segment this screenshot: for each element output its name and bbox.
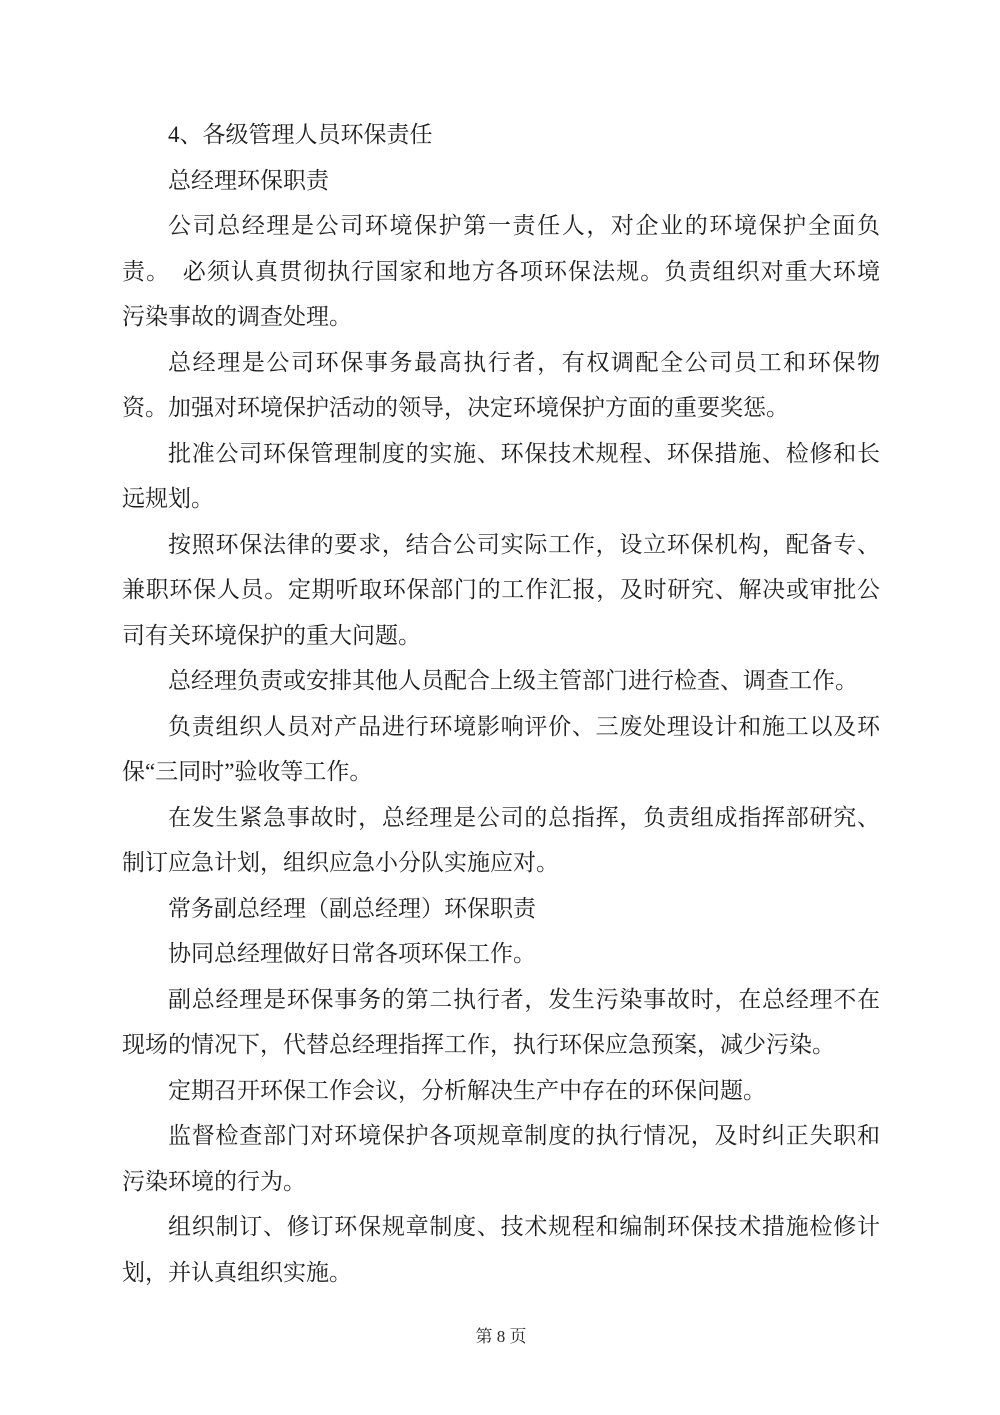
text-line: 副总经理是环保事务的第二执行者，发生污染事故时，在总经理不在 [122, 977, 880, 1023]
text-line: 保“三同时”验收等工作。 [122, 749, 880, 795]
subsection-heading: 总经理环保职责 [122, 158, 880, 204]
section-heading: 4、各级管理人员环保责任 [122, 112, 880, 158]
text-line: 批准公司环保管理制度的实施、环保技术规程、环保措施、检修和长 [122, 431, 880, 477]
text-line: 在发生紧急事故时，总经理是公司的总指挥，负责组成指挥部研究、 [122, 795, 880, 841]
text-line: 资。加强对环境保护活动的领导，决定环境保护方面的重要奖惩。 [122, 385, 880, 431]
text-line: 组织制订、修订环保规章制度、技术规程和编制环保技术措施检修计 [122, 1204, 880, 1250]
text-line: 公司总经理是公司环境保护第一责任人，对企业的环境保护全面负 [122, 203, 880, 249]
text-line: 总经理是公司环保事务最高执行者，有权调配全公司员工和环保物 [122, 340, 880, 386]
text-line: 按照环保法律的要求，结合公司实际工作，设立环保机构，配备专、 [122, 522, 880, 568]
text-line: 污染事故的调查处理。 [122, 294, 880, 340]
text-line: 协同总经理做好日常各项环保工作。 [122, 931, 880, 977]
text-line: 现场的情况下，代替总经理指挥工作，执行环保应急预案，减少污染。 [122, 1022, 880, 1068]
text-line: 定期召开环保工作会议，分析解决生产中存在的环保问题。 [122, 1068, 880, 1114]
text-line: 监督检查部门对环境保护各项规章制度的执行情况，及时纠正失职和 [122, 1113, 880, 1159]
text-line: 司有关环境保护的重大问题。 [122, 613, 880, 659]
text-line: 远规划。 [122, 476, 880, 522]
text-line: 总经理负责或安排其他人员配合上级主管部门进行检查、调查工作。 [122, 658, 880, 704]
text-line: 负责组织人员对产品进行环境影响评价、三废处理设计和施工以及环 [122, 704, 880, 750]
text-line: 制订应急计划，组织应急小分队实施应对。 [122, 840, 880, 886]
page-number-footer: 第 8 页 [122, 1325, 880, 1349]
text-line: 责。 必须认真贯彻执行国家和地方各项环保法规。负责组织对重大环境 [122, 249, 880, 295]
text-line: 兼职环保人员。定期听取环保部门的工作汇报，及时研究、解决或审批公 [122, 567, 880, 613]
text-line: 污染环境的行为。 [122, 1159, 880, 1205]
document-page: 4、各级管理人员环保责任 总经理环保职责 公司总经理是公司环境保护第一责任人，对… [0, 0, 1000, 1415]
text-line: 划，并认真组织实施。 [122, 1250, 880, 1296]
subsection-heading: 常务副总经理（副总经理）环保职责 [122, 886, 880, 932]
